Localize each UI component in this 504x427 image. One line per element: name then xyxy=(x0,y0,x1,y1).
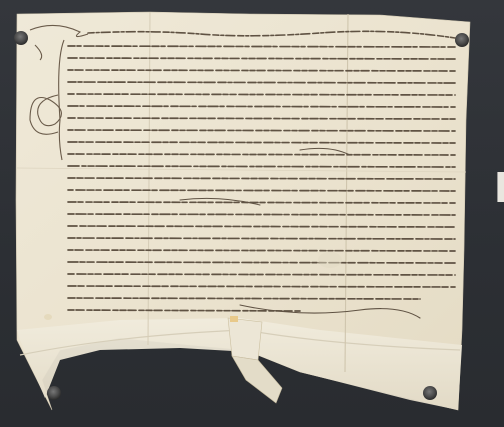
magnet-top-right xyxy=(455,33,469,47)
label-tab xyxy=(497,172,504,202)
magnet-bottom-left xyxy=(47,386,61,400)
magnet-top-left xyxy=(14,31,28,45)
parchment-document xyxy=(0,0,504,427)
magnet-bottom-right xyxy=(423,386,437,400)
